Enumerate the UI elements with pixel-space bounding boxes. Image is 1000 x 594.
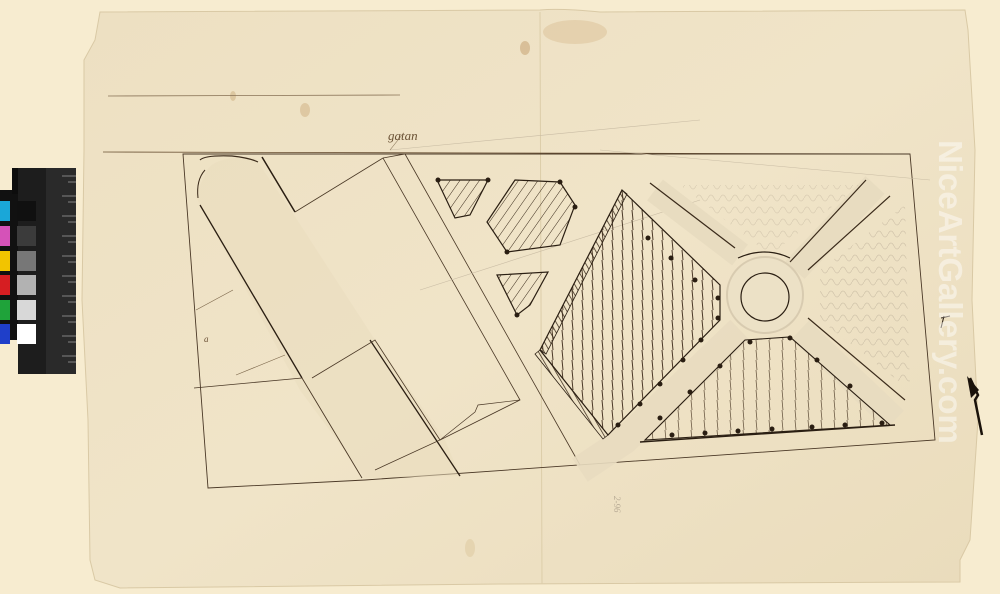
- stain: [230, 91, 236, 101]
- stain: [465, 539, 475, 557]
- rond-point: [727, 257, 803, 333]
- color-calibration-target: [0, 168, 76, 374]
- drawing-canvas: [0, 0, 1000, 594]
- pencil-note: 2-96: [612, 496, 622, 513]
- artwork-scan: gatan a 2-96 NiceArtGallery.com: [0, 0, 1000, 594]
- stain: [543, 20, 607, 44]
- ruler: [46, 168, 76, 374]
- stain: [300, 103, 310, 117]
- watermark: NiceArtGallery.com: [930, 140, 970, 460]
- annotation-a: a: [204, 334, 209, 344]
- inscription-gatan: gatan: [388, 128, 418, 144]
- stain: [520, 41, 530, 55]
